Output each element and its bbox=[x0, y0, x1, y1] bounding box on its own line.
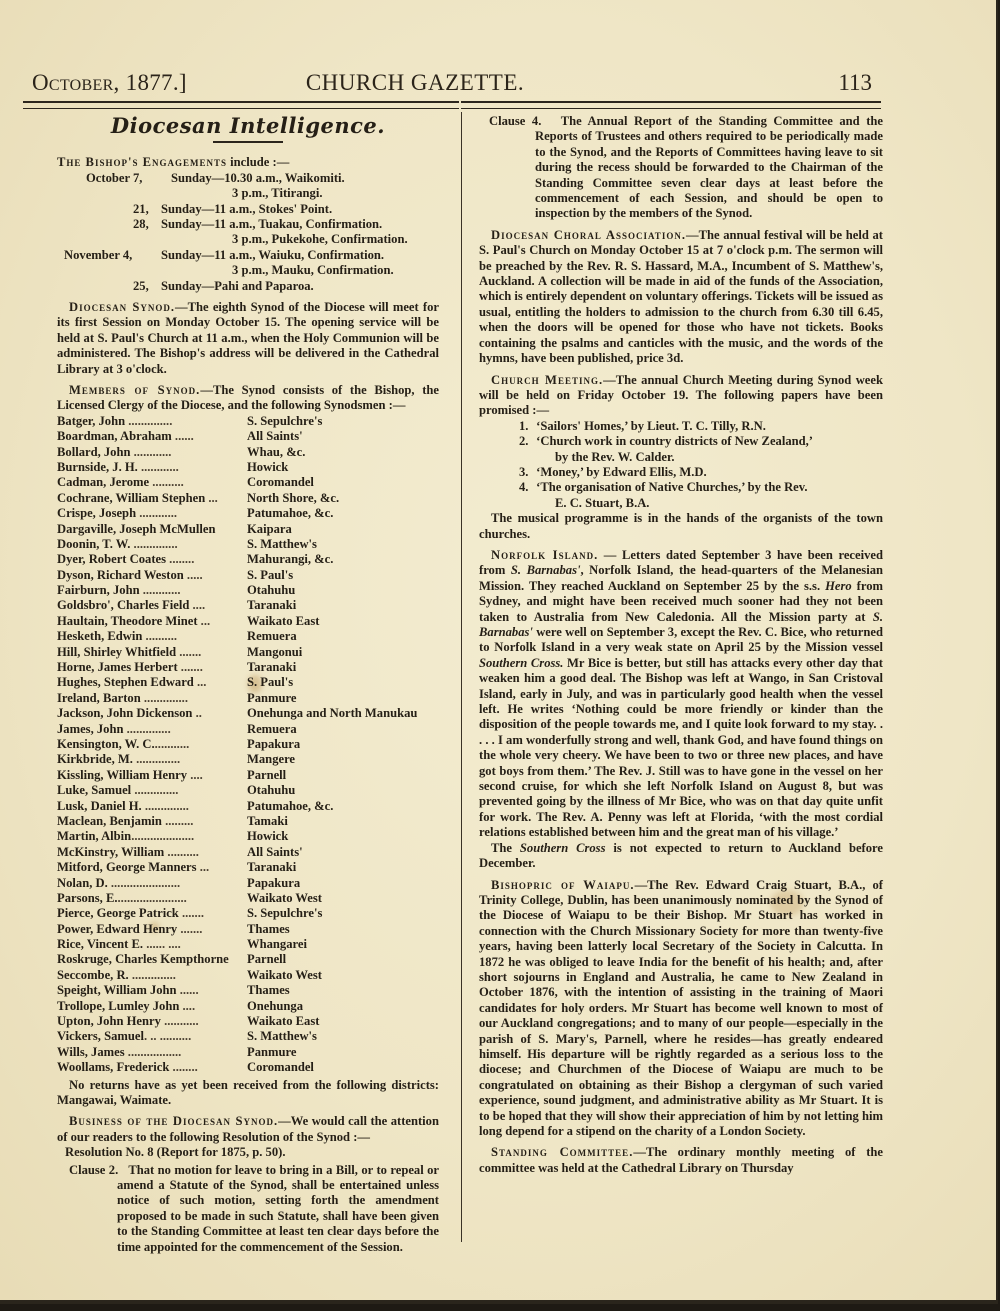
synodsman-row: Woollams, Frederick ........Coromandel bbox=[57, 1060, 439, 1075]
papers-list: 1. ‘Sailors' Homes,’ by Lieut. T. C. Til… bbox=[479, 419, 883, 511]
clause-4: Clause 4. The Annual Report of the Stand… bbox=[479, 114, 883, 222]
synodsman-row: Jackson, John Dickenson ..Onehunga and N… bbox=[57, 706, 439, 721]
musical-programme-paragraph: The musical programme is in the hands of… bbox=[479, 511, 883, 542]
paper-item: 4. ‘The organisation of Native Churches,… bbox=[495, 480, 883, 511]
section-title: Diocesan Intelligence. bbox=[57, 118, 439, 133]
synodsman-row: Bollard, John ............Whau, &c. bbox=[57, 445, 439, 460]
synodsman-row: Kissling, William Henry ....Parnell bbox=[57, 768, 439, 783]
synodsman-row: Doonin, T. W. ..............S. Matthew's bbox=[57, 537, 439, 552]
right-column: Clause 4. The Annual Report of the Stand… bbox=[479, 112, 883, 1182]
business-paragraph: Business of the Diocesan Synod.—We would… bbox=[57, 1114, 439, 1145]
synodsman-row: Speight, William John ......Thames bbox=[57, 983, 439, 998]
header-rule-left bbox=[23, 101, 459, 109]
synodsman-row: Hill, Shirley Whitfield .......Mangonui bbox=[57, 645, 439, 660]
synodsman-row: Burnside, J. H. ............Howick bbox=[57, 460, 439, 475]
engagements-heading: The Bishop's Engagements include :— bbox=[57, 155, 439, 170]
synodsman-row: Dargaville, Joseph McMullenKaipara bbox=[57, 522, 439, 537]
synodsman-row: Maclean, Benjamin .........Tamaki bbox=[57, 814, 439, 829]
engagements-list: October 7,Sunday—10.30 a.m., Waikomiti. … bbox=[57, 171, 439, 294]
synodsman-row: Trollope, Lumley John ....Onehunga bbox=[57, 999, 439, 1014]
column-divider bbox=[461, 112, 462, 1242]
synodsman-row: Wills, James .................Panmure bbox=[57, 1045, 439, 1060]
synodsman-row: Nolan, D. ......................Papakura bbox=[57, 876, 439, 891]
engagement-row: 3 p.m., Titirangi. bbox=[57, 186, 439, 201]
synodsmen-list: Batger, John ..............S. Sepulchre'… bbox=[57, 414, 439, 1076]
synodsman-row: Goldsbro', Charles Field ....Taranaki bbox=[57, 598, 439, 613]
synodsman-row: Kensington, W. C............Papakura bbox=[57, 737, 439, 752]
paper-item: 2. ‘Church work in country districts of … bbox=[495, 434, 883, 465]
synodsman-row: Seccombe, R. ..............Waikato West bbox=[57, 968, 439, 983]
choral-association-paragraph: Diocesan Choral Association.—The annual … bbox=[479, 228, 883, 367]
synodsman-row: McKinstry, William ..........All Saints' bbox=[57, 845, 439, 860]
synodsman-row: Kirkbride, M. ..............Mangere bbox=[57, 752, 439, 767]
title-rule bbox=[213, 141, 283, 143]
engagement-row: 3 p.m., Mauku, Confirmation. bbox=[57, 263, 439, 278]
no-returns-paragraph: No returns have as yet been received fro… bbox=[57, 1078, 439, 1109]
left-column: Diocesan Intelligence. The Bishop's Enga… bbox=[57, 112, 439, 1261]
synodsman-row: Power, Edward Henry .......Thames bbox=[57, 922, 439, 937]
synodsman-row: Cochrane, William Stephen ...North Shore… bbox=[57, 491, 439, 506]
synodsman-row: Boardman, Abraham ......All Saints' bbox=[57, 429, 439, 444]
synodsman-row: Hesketh, Edwin ..........Remuera bbox=[57, 629, 439, 644]
paper-item: 1. ‘Sailors' Homes,’ by Lieut. T. C. Til… bbox=[495, 419, 883, 434]
synodsman-row: Haultain, Theodore Minet ...Waikato East bbox=[57, 614, 439, 629]
publication-title: CHURCH GAZETTE. bbox=[186, 70, 644, 96]
running-head: October, 1877.] CHURCH GAZETTE. 113 bbox=[32, 70, 872, 100]
members-of-synod-paragraph: Members of Synod.—The Synod consists of … bbox=[57, 383, 439, 414]
paper-item: 3. ‘Money,’ by Edward Ellis, M.D. bbox=[495, 465, 883, 480]
resolution-heading: Resolution No. 8 (Report for 1875, p. 50… bbox=[57, 1145, 439, 1160]
southern-cross-paragraph: The Southern Cross is not expected to re… bbox=[479, 841, 883, 872]
synodsman-row: Fairburn, John ............Otahuhu bbox=[57, 583, 439, 598]
synodsman-row: Cadman, Jerome ..........Coromandel bbox=[57, 475, 439, 490]
synodsman-row: Rice, Vincent E. ...... ....Whangarei bbox=[57, 937, 439, 952]
engagement-row: 28,Sunday—11 a.m., Tuakau, Confirmation. bbox=[57, 217, 439, 232]
standing-committee-paragraph: Standing Committee.—The ordinary monthly… bbox=[479, 1145, 883, 1176]
synodsman-row: Crispe, Joseph ............Patumahoe, &c… bbox=[57, 506, 439, 521]
synodsman-row: Ireland, Barton ..............Panmure bbox=[57, 691, 439, 706]
synodsman-row: Dyson, Richard Weston .....S. Paul's bbox=[57, 568, 439, 583]
synodsman-row: Horne, James Herbert .......Taranaki bbox=[57, 660, 439, 675]
synodsman-row: Lusk, Daniel H. ..............Patumahoe,… bbox=[57, 799, 439, 814]
engagement-row: November 4,Sunday—11 a.m., Waiuku, Confi… bbox=[57, 248, 439, 263]
waiapu-paragraph: Bishopric of Waiapu.—The Rev. Edward Cra… bbox=[479, 878, 883, 1140]
engagement-row: 3 p.m., Pukekohe, Confirmation. bbox=[57, 232, 439, 247]
issue-date: October, 1877.] bbox=[32, 70, 187, 96]
synodsman-row: Martin, Albin....................Howick bbox=[57, 829, 439, 844]
page-number: 113 bbox=[838, 70, 872, 96]
synodsman-row: Mitford, George Manners ...Taranaki bbox=[57, 860, 439, 875]
synodsman-row: Vickers, Samuel. .. ..........S. Matthew… bbox=[57, 1029, 439, 1044]
synodsman-row: Batger, John ..............S. Sepulchre'… bbox=[57, 414, 439, 429]
synodsman-row: Luke, Samuel ..............Otahuhu bbox=[57, 783, 439, 798]
synodsman-row: Pierce, George Patrick .......S. Sepulch… bbox=[57, 906, 439, 921]
clause-2: Clause 2. That no motion for leave to br… bbox=[57, 1163, 439, 1255]
header-rule-right bbox=[461, 101, 881, 109]
synodsman-row: Roskruge, Charles KempthorneParnell bbox=[57, 952, 439, 967]
engagement-row: 25,Sunday—Pahi and Paparoa. bbox=[57, 279, 439, 294]
norfolk-island-paragraph: Norfolk Island. — Letters dated Septembe… bbox=[479, 548, 883, 841]
newspaper-page: October, 1877.] CHURCH GAZETTE. 113 Dioc… bbox=[0, 0, 998, 1304]
church-meeting-paragraph: Church Meeting.—The annual Church Meetin… bbox=[479, 373, 883, 419]
synodsman-row: Dyer, Robert Coates ........Mahurangi, &… bbox=[57, 552, 439, 567]
synodsman-row: Parsons, E.......................Waikato… bbox=[57, 891, 439, 906]
diocesan-synod-paragraph: Diocesan Synod.—The eighth Synod of the … bbox=[57, 300, 439, 377]
engagement-row: 21,Sunday—11 a.m., Stokes' Point. bbox=[57, 202, 439, 217]
engagement-row: October 7,Sunday—10.30 a.m., Waikomiti. bbox=[57, 171, 439, 186]
synodsman-row: Hughes, Stephen Edward ...S. Paul's bbox=[57, 675, 439, 690]
synodsman-row: Upton, John Henry ...........Waikato Eas… bbox=[57, 1014, 439, 1029]
synodsman-row: James, John ..............Remuera bbox=[57, 722, 439, 737]
